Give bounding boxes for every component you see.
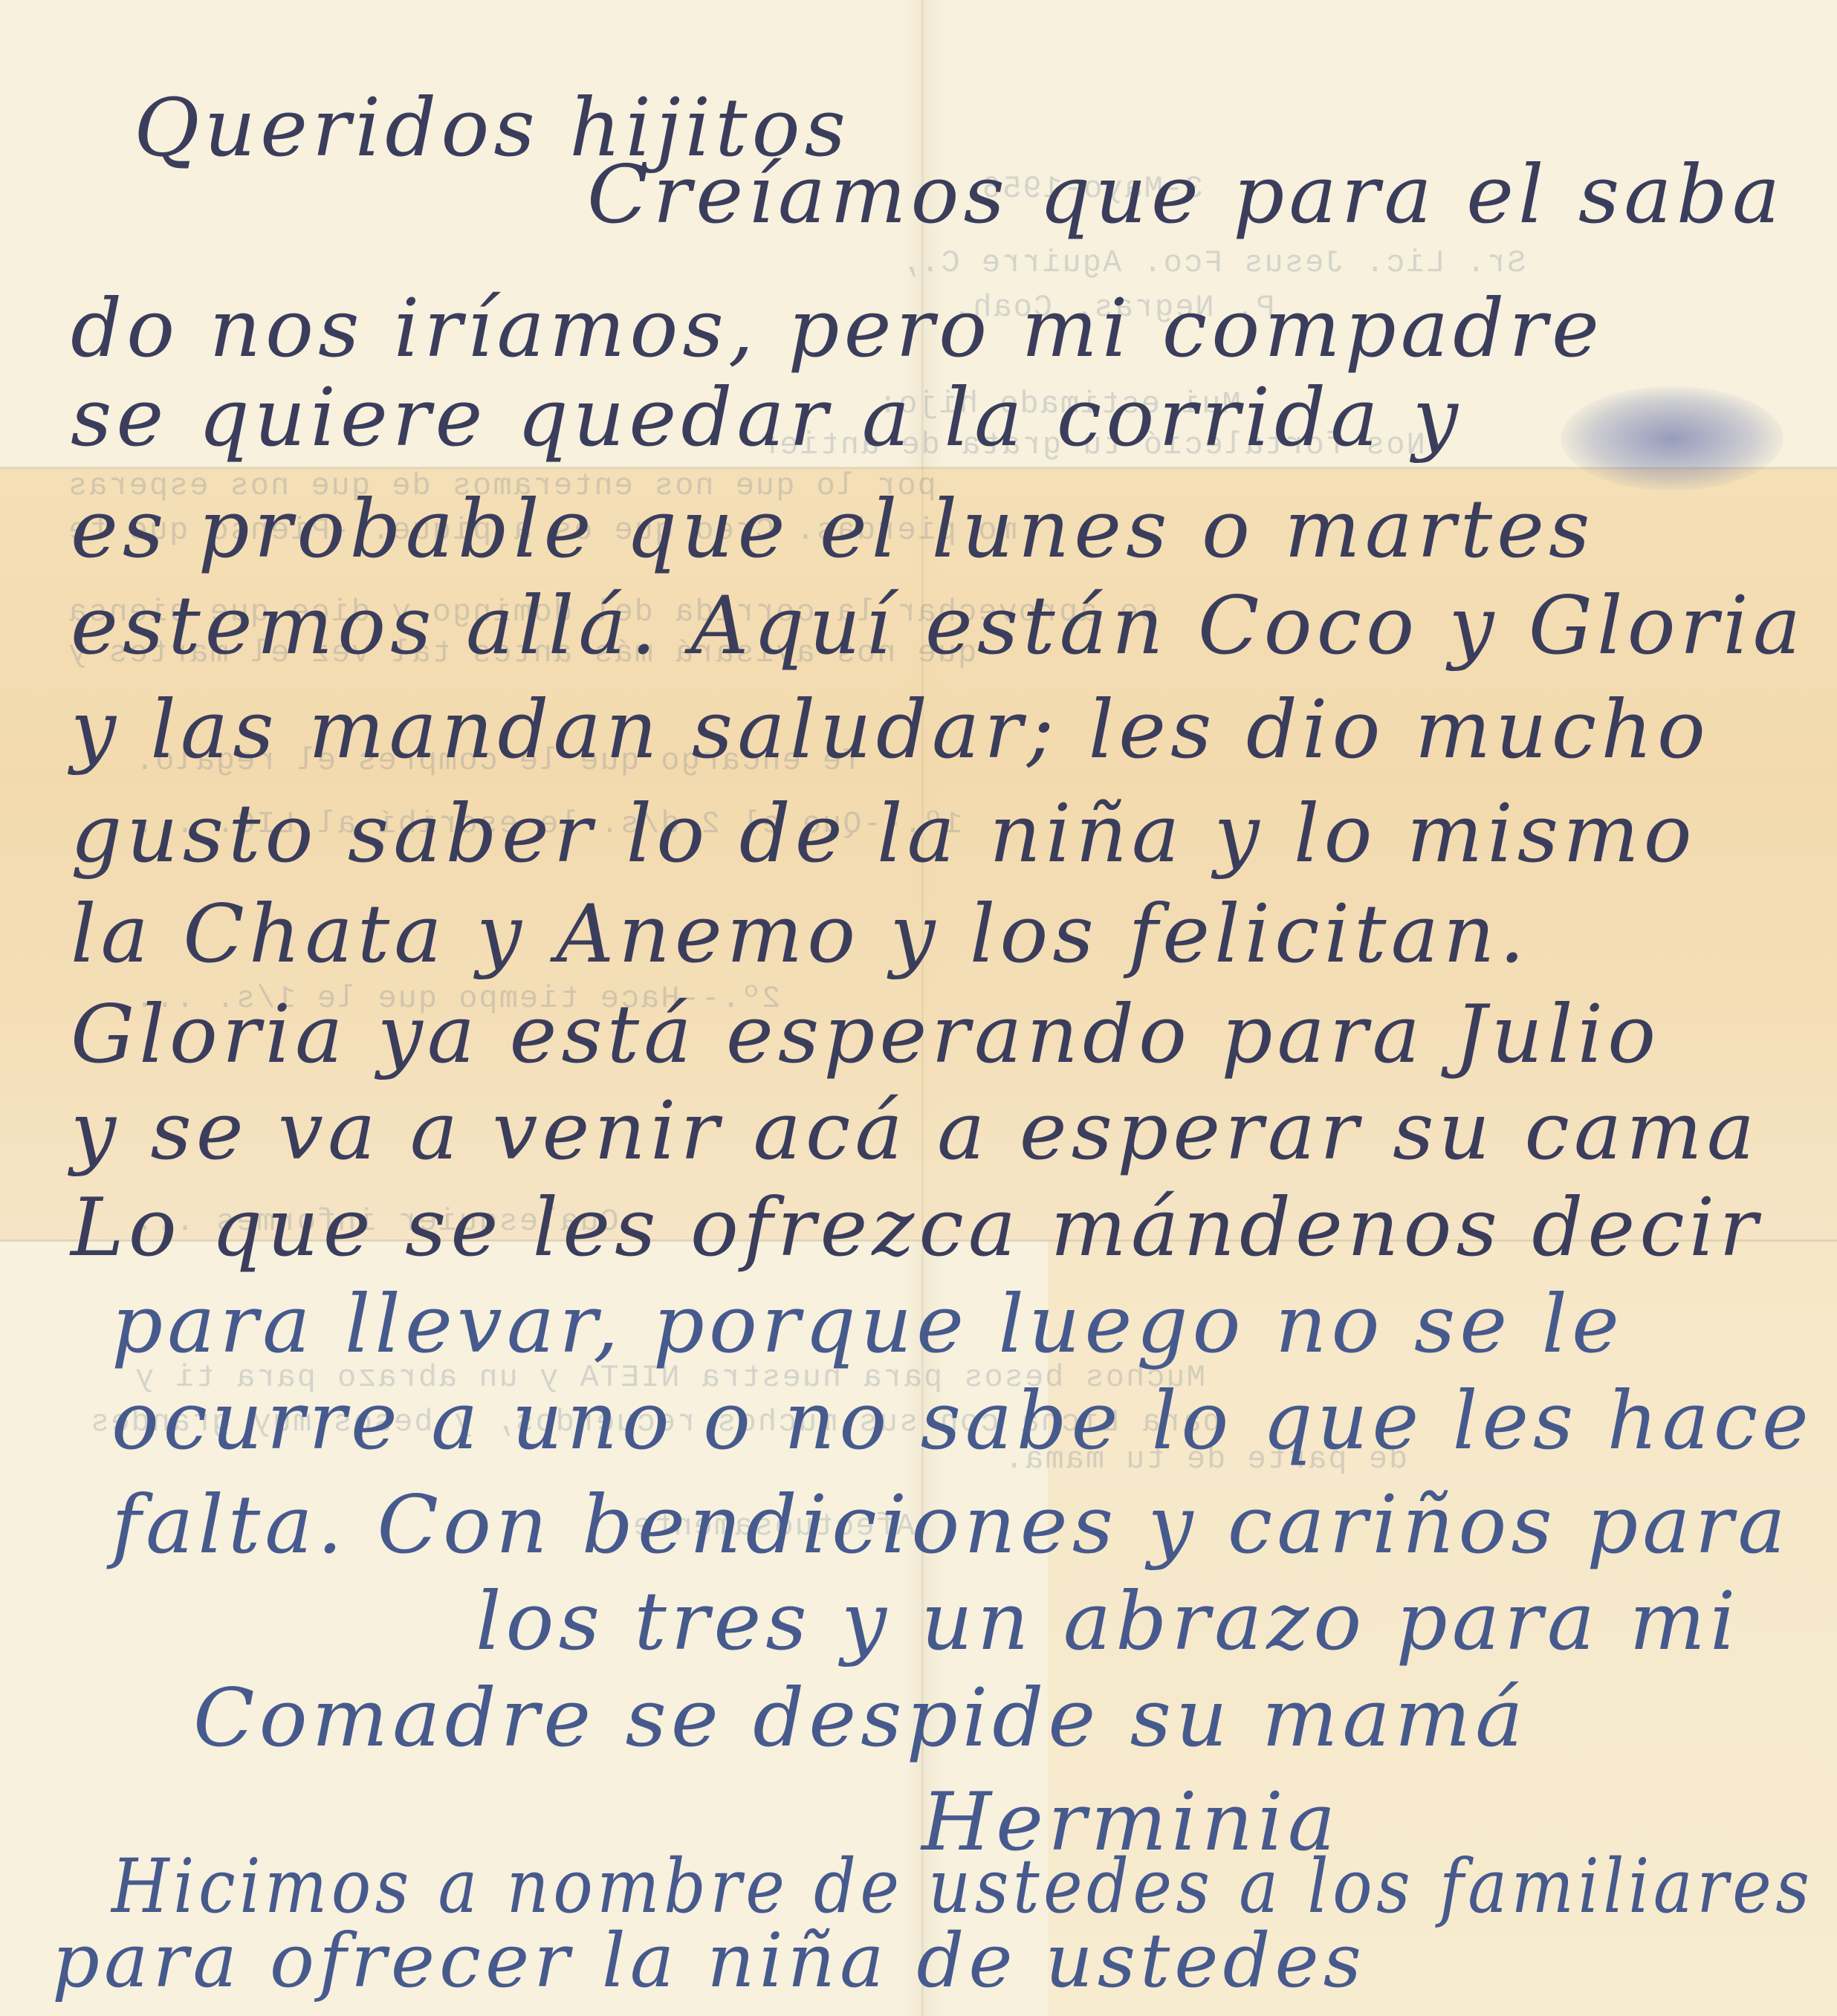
letter-line: se quiere quedar a la corrida y [71, 372, 1462, 464]
letter-line: Comadre se despide su mamá [193, 1672, 1528, 1765]
letter-postscript: para ofrecer la niña de ustedes [52, 1917, 1366, 2004]
letter-line: Gloria ya está esperando para Julio [71, 988, 1660, 1081]
letter-line: es probable que el lunes o martes [71, 483, 1594, 576]
letter-line: do nos iríamos, pero mi compadre [71, 282, 1604, 375]
typed-line: Sr. Lic. Jesus Fco. Aguirre C., [899, 245, 1526, 281]
letter-line: y las mandan saludar; les dio mucho [71, 684, 1710, 777]
letter-line: ocurre a uno o no sabe lo que les hace [111, 1375, 1813, 1468]
letter-line: Lo que se les ofrezca mándenos decir [71, 1182, 1762, 1274]
letter-line: y se va a venir acá a esperar su cama [71, 1085, 1759, 1178]
letter-line: Creíamos que para el saba [587, 149, 1784, 242]
letter-line: los tres y un abrazo para mi [476, 1575, 1740, 1668]
letter-line: estemos allá. Aquí están Coco y Gloria [71, 580, 1805, 672]
ink-smudge [1561, 386, 1783, 490]
letter-line: la Chata y Anemo y los felicitan. [71, 888, 1529, 981]
letter-line: falta. Con bendiciones y cariños para [111, 1479, 1790, 1572]
letter-line: gusto saber lo de la niña y lo mismo [71, 788, 1697, 881]
letter-line: para llevar, porque luego no se le [111, 1278, 1624, 1371]
